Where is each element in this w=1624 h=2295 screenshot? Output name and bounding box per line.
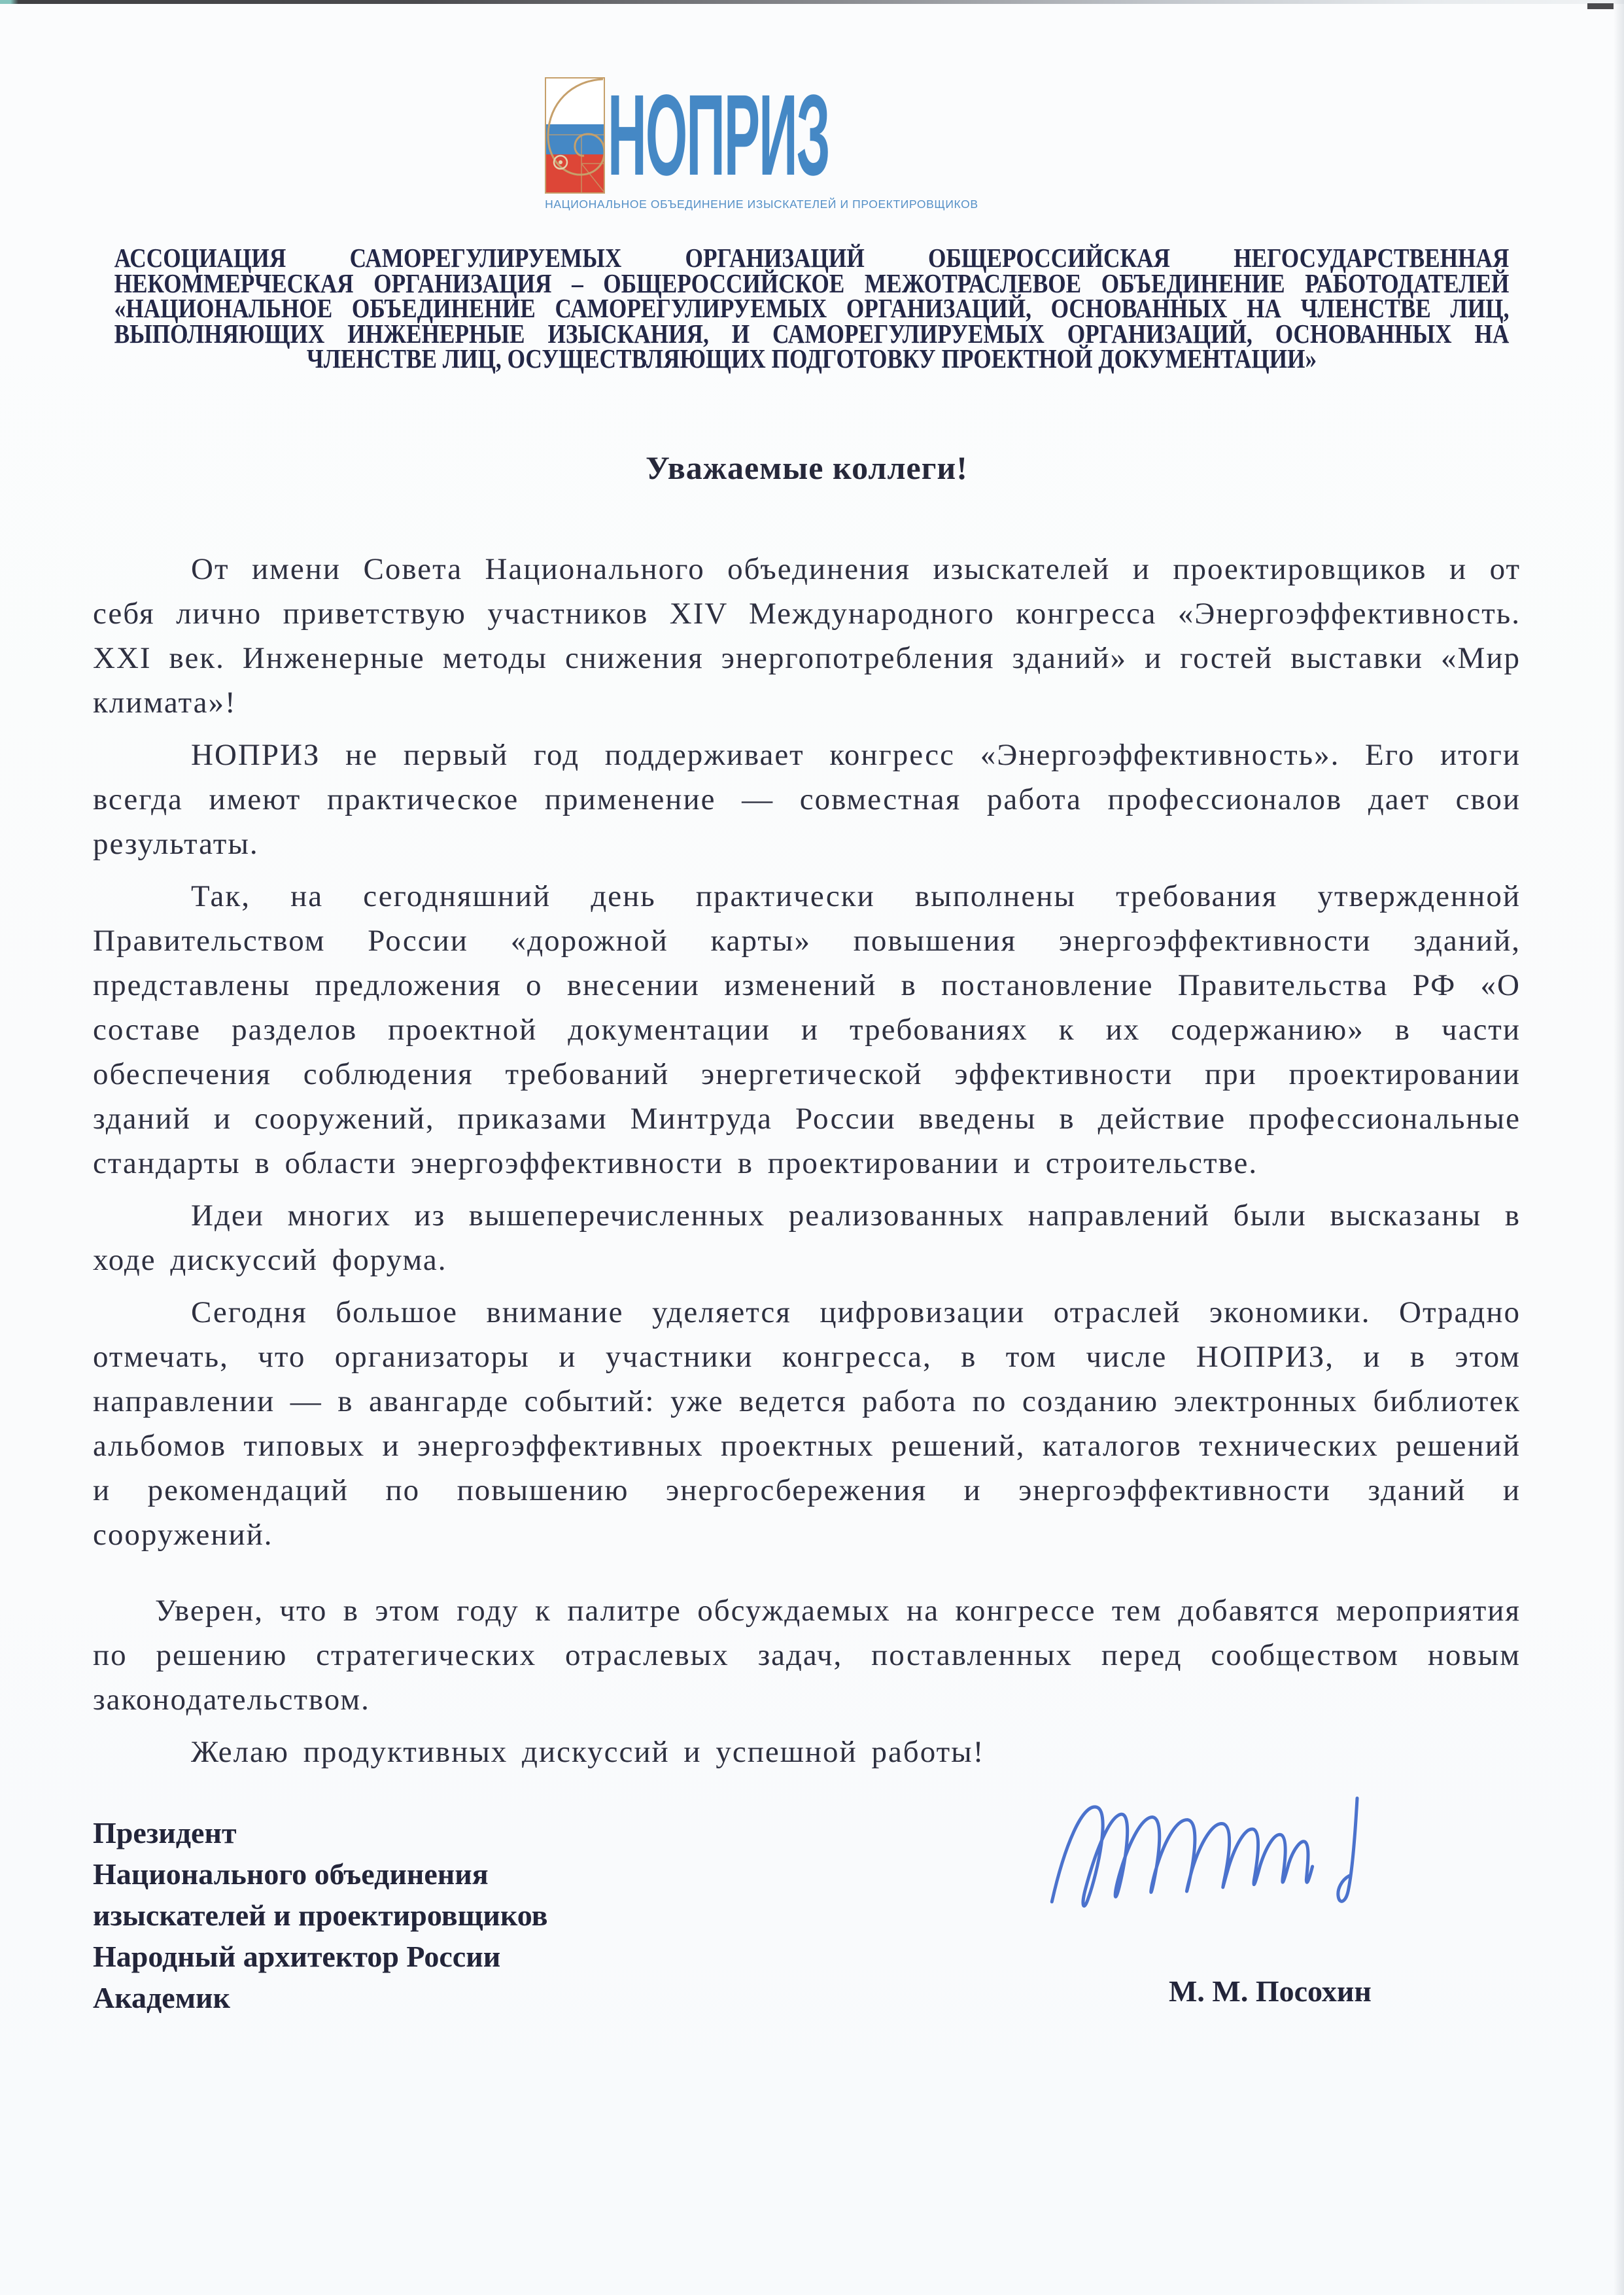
signature-autograph-icon xyxy=(1039,1779,1400,1933)
signer-title-line: Академик xyxy=(93,1977,721,2018)
paragraph: Так, на сегодняшний день практически вып… xyxy=(93,874,1521,1185)
paragraph: Уверен, что в этом году к палитре обсужд… xyxy=(93,1588,1521,1722)
signer-title-line: Народный архитектор России xyxy=(93,1936,721,1977)
signer-title-line: изыскателей и проектировщиков xyxy=(93,1895,721,1936)
scan-artifact-corner xyxy=(1587,3,1614,9)
logo-acronym: НОПРИЗ xyxy=(608,77,829,194)
signer-title-line: Президент xyxy=(93,1812,721,1853)
paragraph: Желаю продуктивных дискуссий и успешной … xyxy=(93,1730,1521,1774)
golden-ratio-flag-icon xyxy=(545,77,605,194)
letter-page: НОПРИЗ НАЦИОНАЛЬНОЕ ОБЪЕДИНЕНИЕ ИЗЫСКАТЕ… xyxy=(0,0,1624,2295)
org-header: АССОЦИАЦИЯ САМОРЕГУЛИРУЕМЫХ ОРГАНИЗАЦИЙ … xyxy=(114,245,1510,372)
paragraph: Сегодня большое внимание уделяется цифро… xyxy=(93,1290,1521,1557)
signer-title: Президент Национального объединения изыс… xyxy=(93,1812,721,2018)
logo-tagline: НАЦИОНАЛЬНОЕ ОБЪЕДИНЕНИЕ ИЗЫСКАТЕЛЕЙ И П… xyxy=(545,198,1079,211)
salutation: Уважаемые коллеги! xyxy=(93,449,1521,487)
signer-title-line: Национального объединения xyxy=(93,1853,721,1895)
paragraph: От имени Совета Национального объединени… xyxy=(93,547,1521,725)
logo-block: НОПРИЗ НАЦИОНАЛЬНОЕ ОБЪЕДИНЕНИЕ ИЗЫСКАТЕ… xyxy=(0,77,1624,211)
letter-body: От имени Совета Национального объединени… xyxy=(93,547,1521,1774)
closing-block: Президент Национального объединения изыс… xyxy=(93,1812,1521,2087)
paragraph: НОПРИЗ не первый год поддерживает конгре… xyxy=(93,733,1521,866)
paragraph: Идеи многих из вышеперечисленных реализо… xyxy=(93,1193,1521,1282)
signer-name: М. М. Посохин xyxy=(1169,1974,1372,2008)
scan-artifact-top xyxy=(0,0,1624,4)
